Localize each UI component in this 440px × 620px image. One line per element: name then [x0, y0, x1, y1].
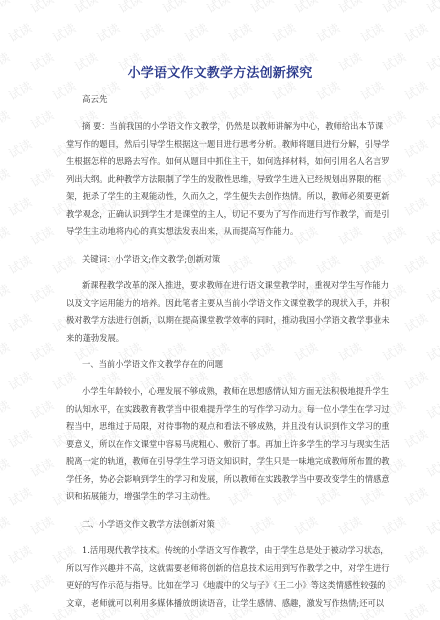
abstract-line: 生根据怎样的思路去写作。如何从题目中抓住主干，如何选择材料，如何引用名人名言罗: [66, 156, 372, 166]
abstract-line: 摘 要：当前我国的小学语文作文教学，仍然是以教师讲解为中心，教师给出本节课: [82, 121, 372, 131]
section2-line: 文章，老师就可以利用多媒体播放朗读语音，让学生感情、感趣，激发写作热情;还可以: [66, 598, 372, 608]
section2-line: 更好的写作示范与指导。比如在学习《地震中的父与子》《王二小》等这类情感性较强的: [66, 580, 372, 590]
section1-line: 学任务，势必会影响到学生的学习和发展，所以教师在实践教学当中要改变学生的情感意: [66, 474, 372, 484]
section2-line: 所以写作兴趣并不高，这就需要老师将创新的信息技术运用到写作教学之中，对学生进行: [66, 563, 372, 573]
abstract-line: 架，扼杀了学生的主观能动性，久而久之，学生便失去创作热情。所以，教师必须要更新: [66, 191, 372, 201]
section1-line: 的认知水平，在实践教育教学当中很难提升学生的写作学习动力。每一位小学生在学习过: [66, 404, 372, 414]
keywords: 关键词：小学语文;作文教学;创新对策: [82, 253, 220, 265]
intro-line: 新课程教学改革的深入推进，要求教师在进行语文课堂教学时，重视对学生写作能力: [82, 280, 372, 290]
abstract-line: 列出大纲。此种教学方法限制了学生的发散性思维，导致学生进入已经规划出界限的框: [66, 174, 372, 184]
document-page: 小学语文作文教学方法创新探究 高云先 摘 要：当前我国的小学语文作文教学，仍然是…: [0, 0, 440, 620]
abstract-line: 导学生主动地将内心的真实想法发表出来，从而提高写作能力。: [66, 226, 372, 236]
section1-line: 要意义，所以在作文课堂中容易马虎粗心、敷衍了事。再加上许多学生的学习与现实生活: [66, 439, 372, 449]
section1-line: 识和拓展能力，增强学生的学习主动性。: [66, 491, 372, 501]
document-title: 小学语文作文教学方法创新探究: [0, 62, 440, 81]
abstract-line: 教学观念，正确认识到学生才是课堂的主人，切记不要为了写作而进行写作教学，而是引: [66, 209, 372, 219]
section2-line: 1.活用现代教学技术。传统的小学语文写作教学，由于学生总是处于被动学习状态，: [82, 545, 372, 555]
section1-line: 程当中，思维过于局限，对待事物的观点和看法不够成熟，并且没有认识到作文学习的重: [66, 421, 372, 431]
intro-line: 以及文字运用能力的培养。因此笔者主要从当前小学语文作文课堂教学的现状入手，并积: [66, 298, 372, 308]
section-heading-1: 一、当前小学语文作文教学存在的问题: [82, 358, 223, 370]
intro-line: 极对教学方法进行创新，以期在提高课堂教学效率的同时，推动我国小学语文教学事业未: [66, 315, 372, 325]
section1-line: 小学生年龄较小，心理发展不够成熟，教师在思想感情认知方面无法积极地提升学生: [82, 386, 372, 396]
section-heading-2: 二、小学语文作文教学方法创新对策: [82, 518, 215, 530]
author-name: 高云先: [82, 93, 108, 105]
section1-line: 脱离一定的轨道，教师在引导学生学习语文知识时，学生只是一味地完成教师所布置的教: [66, 456, 372, 466]
intro-line: 来的蓬勃发展。: [66, 333, 372, 343]
abstract-line: 堂写作的题目，然后引导学生根据这一题目进行思考分析。教师将题目进行分解，引导学: [66, 139, 372, 149]
